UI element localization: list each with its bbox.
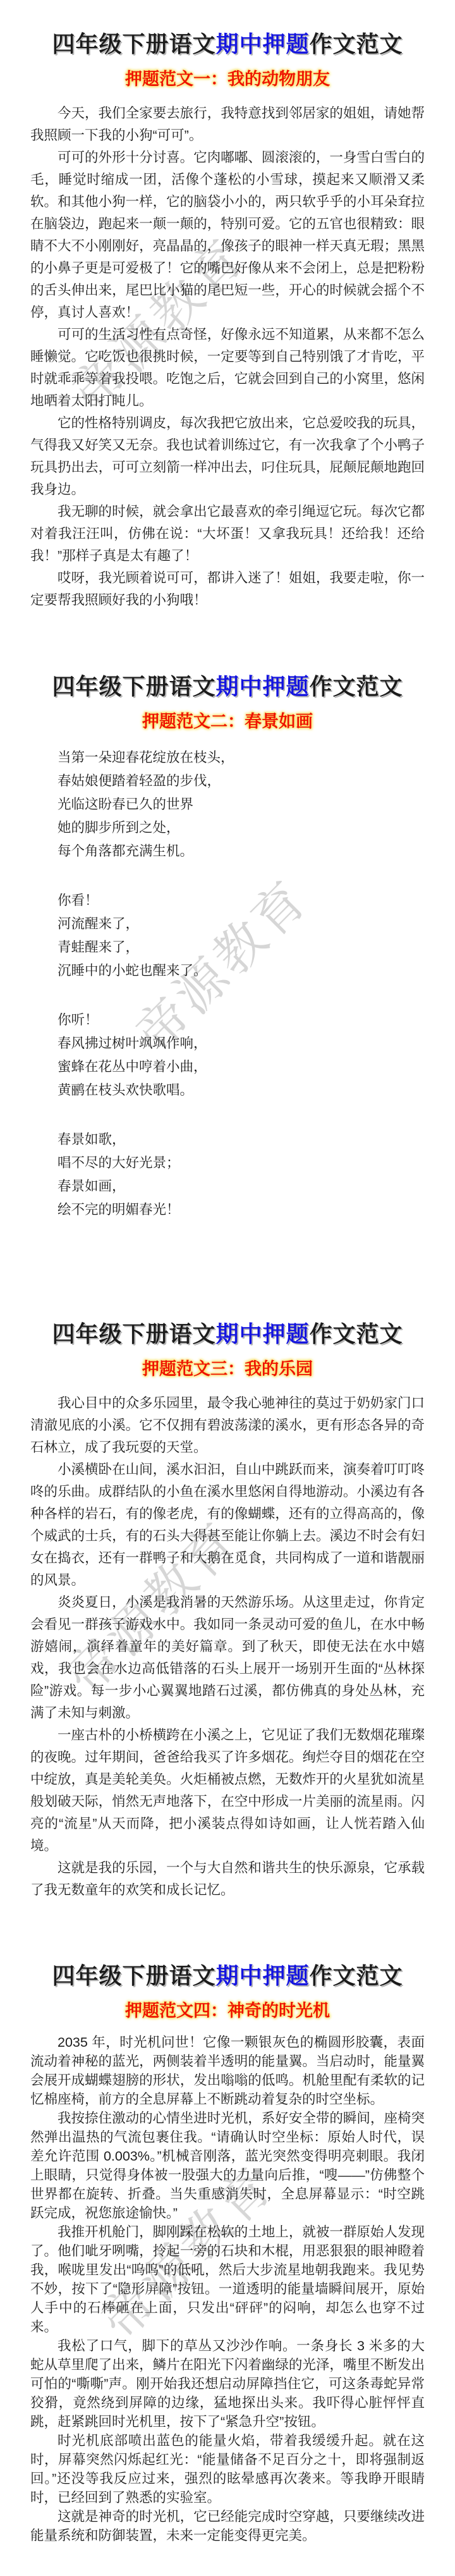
essay-paragraph: 我心目中的众多乐园里，最令我心驰神往的莫过于奶奶家门口清澈见底的小溪。它不仅拥有…: [30, 1392, 425, 1459]
title-highlight: 期中押题: [215, 674, 309, 699]
poem-line: 沉睡中的小蛇也醒来了。: [30, 959, 425, 983]
essay-paragraph: 我无聊的时候，就会拿出它最喜欢的牵引绳逗它玩。每次它都对着我汪汪叫，仿佛在说：“…: [30, 501, 425, 567]
essay-paragraph: 它的性格特别调皮，每次我把它放出来，它总爱咬我的玩具，气得我又好笑又无奈。我也试…: [30, 412, 425, 501]
essay-paragraph: 今天，我们全家要去旅行，我特意找到邻居家的姐姐，请她帮我照顾一下我的小狗“可可”…: [30, 102, 425, 147]
essay-paragraph: 炎炎夏日，小溪是我消暑的天然游乐场。从这里走过，你肯定会看见一群孩子游戏水中。我…: [30, 1592, 425, 1724]
poem-line: 黄鹂在枝头欢快歌唱。: [30, 1079, 425, 1102]
essay-paragraph: 可可的外形十分讨喜。它肉嘟嘟、圆滚滚的，一身雪白雪白的毛，睡觉时缩成一团，活像个…: [30, 147, 425, 324]
poem-stanza: 你听！ 春风拂过树叶飒飒作响， 蜜蜂在花丛中哼着小曲， 黄鹂在枝头欢快歌唱。: [30, 1009, 425, 1102]
essay-body: 我心目中的众多乐园里，最令我心驰神往的莫过于奶奶家门口清澈见底的小溪。它不仅拥有…: [30, 1392, 425, 1901]
essay-subtitle: 押题范文一：我的动物朋友: [30, 68, 425, 90]
page-title: 四年级下册语文期中押题作文范文: [30, 673, 425, 701]
poem-stanza: 春景如歌， 唱不尽的大好光景； 春景如画， 绘不完的明媚春光！: [30, 1128, 425, 1222]
poem-line: 春景如画，: [30, 1175, 425, 1198]
page-title: 四年级下册语文期中押题作文范文: [30, 1962, 425, 1990]
poem-line: 春景如歌，: [30, 1128, 425, 1151]
poem-line: 青蛙醒来了，: [30, 936, 425, 959]
poem-line: 光临这盼春已久的世界: [30, 793, 425, 816]
title-highlight: 期中押题: [215, 1322, 309, 1347]
essay-subtitle: 押题范文三：我的乐园: [30, 1358, 425, 1380]
poem-line: 每个角落都充满生机。: [30, 840, 425, 863]
poem-line: 唱不尽的大好光景；: [30, 1151, 425, 1175]
poem-line: 河流醒来了，: [30, 912, 425, 936]
title-highlight: 期中押题: [215, 1963, 309, 1989]
essay-body: 2035 年，时光机问世！它像一颗银灰色的椭圆形胶囊，表面流动着神秘的蓝光，两侧…: [30, 2033, 425, 2545]
essay-paragraph: 我松了口气，脚下的草丛又沙沙作响。一条身长 3 米多的大蛇从草里爬了出来，鳞片在…: [30, 2336, 425, 2431]
section-essay-2: 四年级下册语文期中押题作文范文 押题范文二：春景如画 当第一朵迎春花绽放在枝头，…: [30, 673, 425, 1222]
poem-line: 你听！: [30, 1009, 425, 1032]
section-essay-1: 四年级下册语文期中押题作文范文 押题范文一：我的动物朋友 今天，我们全家要去旅行…: [30, 0, 425, 611]
essay-paragraph: 哎呀，我光顾着说可可，都讲入迷了！姐姐，我要走啦，你一定要帮我照顾好我的小狗哦！: [30, 567, 425, 611]
title-text-left: 四年级下册语文: [52, 674, 215, 699]
essay-body: 今天，我们全家要去旅行，我特意找到邻居家的姐姐，请她帮我照顾一下我的小狗“可可”…: [30, 102, 425, 611]
poem-line: 当第一朵迎春花绽放在枝头，: [30, 746, 425, 770]
title-text-right: 作文范文: [310, 1322, 403, 1347]
essay-paragraph: 时光机底部喷出蓝色的能量火焰，带着我缓缓升起。就在这时，屏幕突然闪烁起红光：“能…: [30, 2431, 425, 2507]
essay-paragraph: 小溪横卧在山间，溪水汩汩，自山中跳跃而来，演奏着叮叮咚咚的乐曲。成群结队的小鱼在…: [30, 1459, 425, 1592]
title-text-right: 作文范文: [310, 1963, 403, 1989]
essay-paragraph: 这就是神奇的时光机，它已经能完成时空穿越，只要继续改进能量系统和防御装置，未来一…: [30, 2507, 425, 2545]
essay-poem: 当第一朵迎春花绽放在枝头， 春姑娘便踏着轻盈的步伐， 光临这盼春已久的世界 她的…: [30, 746, 425, 1222]
essay-paragraph: 可可的生活习性有点奇怪，好像永远不知道累，从来都不怎么睡懒觉。它吃饭也很挑时候，…: [30, 324, 425, 412]
poem-line: 你看！: [30, 889, 425, 912]
section-essay-4: 四年级下册语文期中押题作文范文 押题范文四：神奇的时光机 2035 年，时光机问…: [30, 1962, 425, 2545]
title-text-left: 四年级下册语文: [52, 32, 215, 57]
document-sheet: 帝源教育 帝源教育 帝源教育 帝源教育 四年级下册语文期中押题作文范文 押题范文…: [0, 0, 455, 2576]
poem-stanza: 你看！ 河流醒来了， 青蛙醒来了， 沉睡中的小蛇也醒来了。: [30, 889, 425, 983]
poem-line: 春姑娘便踏着轻盈的步伐，: [30, 770, 425, 793]
poem-line: 绘不完的明媚春光！: [30, 1198, 425, 1222]
section-essay-3: 四年级下册语文期中押题作文范文 押题范文三：我的乐园 我心目中的众多乐园里，最令…: [30, 1320, 425, 1901]
page-title: 四年级下册语文期中押题作文范文: [30, 1320, 425, 1348]
title-highlight: 期中押题: [215, 32, 309, 57]
title-text-right: 作文范文: [310, 674, 403, 699]
title-text-right: 作文范文: [310, 32, 403, 57]
essay-paragraph: 2035 年，时光机问世！它像一颗银灰色的椭圆形胶囊，表面流动着神秘的蓝光，两侧…: [30, 2033, 425, 2109]
poem-line: 她的脚步所到之处，: [30, 816, 425, 840]
essay-paragraph: 我推开机舱门，脚刚踩在松软的土地上，就被一群原始人发现了。他们呲牙咧嘴，拎起一旁…: [30, 2223, 425, 2336]
essay-subtitle: 押题范文二：春景如画: [30, 711, 425, 732]
essay-subtitle: 押题范文四：神奇的时光机: [30, 2000, 425, 2021]
poem-line: 蜜蜂在花丛中哼着小曲，: [30, 1055, 425, 1079]
essay-paragraph: 这就是我的乐园，一个与大自然和谐共生的快乐源泉，它承载了我无数童年的欢笑和成长记…: [30, 1857, 425, 1901]
essay-paragraph: 一座古朴的小桥横跨在小溪之上，它见证了我们无数烟花璀璨的夜晚。过年期间，爸爸给我…: [30, 1724, 425, 1857]
title-text-left: 四年级下册语文: [52, 1322, 215, 1347]
title-text-left: 四年级下册语文: [52, 1963, 215, 1989]
page-title: 四年级下册语文期中押题作文范文: [30, 30, 425, 58]
essay-paragraph: 我按捺住激动的心情坐进时光机，系好安全带的瞬间，座椅突然弹出温热的气流包裹住我。…: [30, 2109, 425, 2223]
document-content: 四年级下册语文期中押题作文范文 押题范文一：我的动物朋友 今天，我们全家要去旅行…: [0, 0, 455, 2545]
poem-stanza: 当第一朵迎春花绽放在枝头， 春姑娘便踏着轻盈的步伐， 光临这盼春已久的世界 她的…: [30, 746, 425, 863]
poem-line: 春风拂过树叶飒飒作响，: [30, 1032, 425, 1055]
